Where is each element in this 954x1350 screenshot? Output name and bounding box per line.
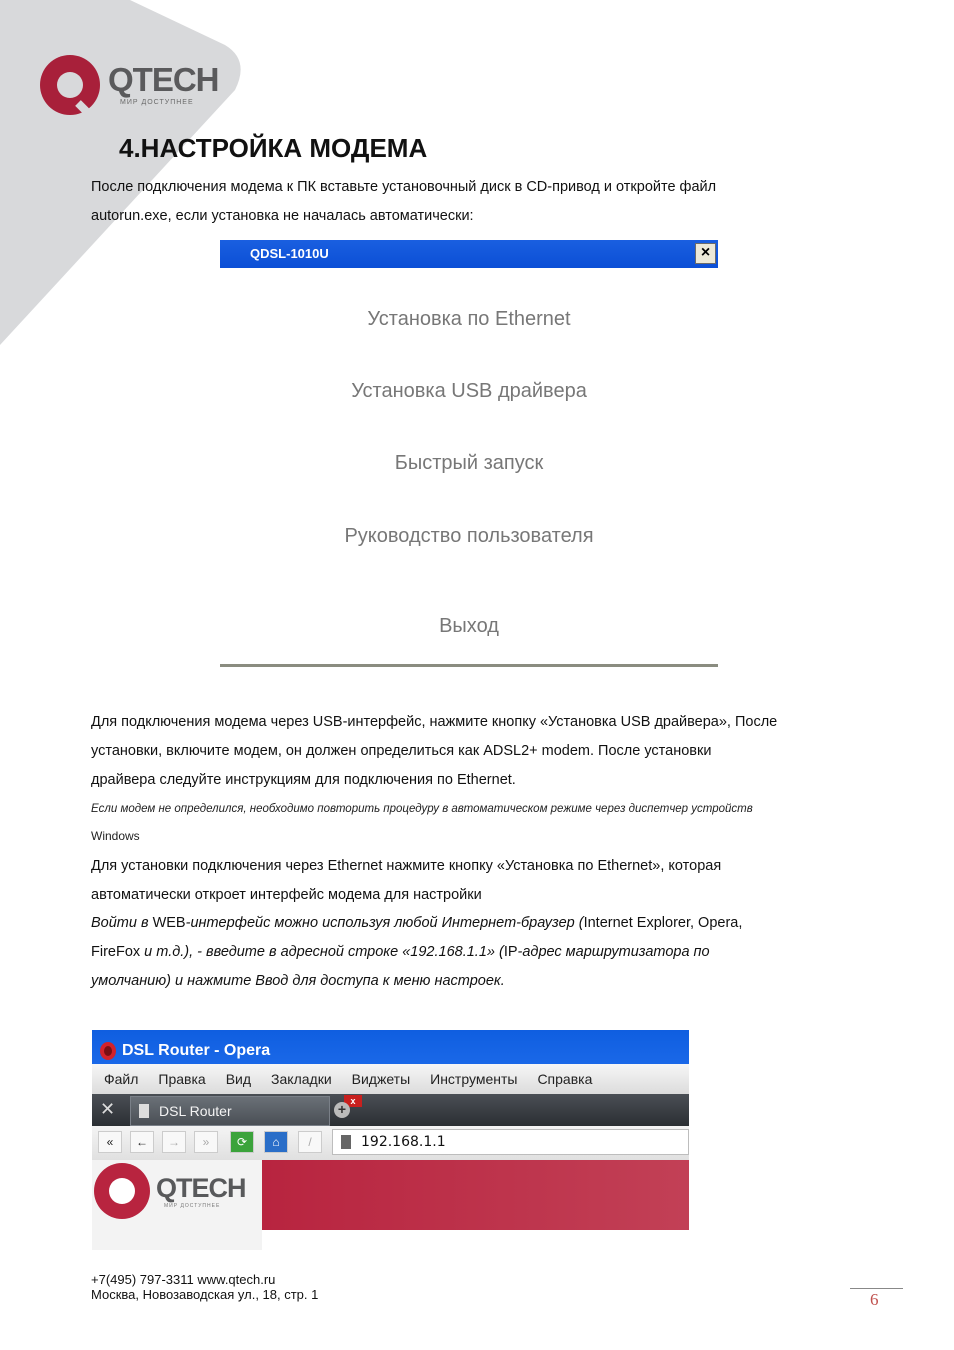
- tab-dsl-router[interactable]: DSL Router x: [130, 1096, 330, 1126]
- browser-window-title: DSL Router - Opera: [122, 1042, 270, 1060]
- note-text-windows: Windows: [91, 829, 140, 843]
- footer-contacts: +7(495) 797-3311 www.qtech.ru Москва, Но…: [91, 1272, 318, 1302]
- close-icon[interactable]: ×: [695, 243, 716, 264]
- home-icon[interactable]: ⌂: [264, 1131, 288, 1153]
- menu-quick-start[interactable]: Быстрый запуск: [220, 452, 718, 475]
- intro-paragraph: После подключения модема к ПК вставьте у…: [91, 173, 851, 231]
- logo-q-icon: [40, 55, 100, 115]
- new-tab-icon[interactable]: +: [334, 1102, 350, 1118]
- opera-icon: [100, 1042, 116, 1060]
- browser-navbar: « ← → » ⟳ ⌂ / 192.168.1.1: [92, 1126, 689, 1160]
- ethernet-paragraph: Для установки подключения через Ethernet…: [91, 852, 851, 910]
- browser-page-content: QTECH МИР ДОСТУПНЕЕ: [92, 1160, 689, 1250]
- footer-phone-web: +7(495) 797-3311 www.qtech.ru: [91, 1272, 318, 1287]
- reload-icon[interactable]: ⟳: [230, 1131, 254, 1153]
- menu-install-usb-driver[interactable]: Установка USB драйвера: [220, 380, 718, 403]
- tools-icon[interactable]: ✕: [100, 1099, 115, 1120]
- browser-menubar: Файл Правка Вид Закладки Виджеты Инструм…: [92, 1064, 689, 1094]
- menu-edit[interactable]: Правка: [158, 1071, 205, 1094]
- fast-forward-icon[interactable]: »: [194, 1131, 218, 1153]
- address-bar[interactable]: 192.168.1.1: [332, 1129, 689, 1155]
- browser-screenshot: DSL Router - Opera Файл Правка Вид Закла…: [92, 1030, 689, 1250]
- menu-bookmarks[interactable]: Закладки: [271, 1071, 332, 1094]
- page-number: 6: [870, 1290, 879, 1310]
- browser-titlebar: DSL Router - Opera: [92, 1030, 689, 1064]
- menu-exit[interactable]: Выход: [220, 615, 718, 638]
- logo-brand: QTECH: [108, 61, 219, 99]
- page-number-rule: [850, 1288, 903, 1289]
- menu-view[interactable]: Вид: [226, 1071, 251, 1094]
- dialog-title: QDSL-1010U: [250, 246, 329, 261]
- menu-install-ethernet[interactable]: Установка по Ethernet: [220, 308, 718, 331]
- back-icon[interactable]: ←: [130, 1131, 154, 1153]
- page-logo-area: QTECH МИР ДОСТУПНЕЕ: [92, 1160, 262, 1250]
- section-title: 4.НАСТРОЙКА МОДЕМА: [119, 133, 427, 164]
- edit-icon[interactable]: /: [298, 1131, 322, 1153]
- page-icon: [341, 1135, 351, 1149]
- usb-paragraph: Для подключения модема через USB-интерфе…: [91, 708, 871, 795]
- dialog-divider: [220, 664, 718, 667]
- document-icon: [139, 1104, 149, 1118]
- rewind-icon[interactable]: «: [98, 1131, 122, 1153]
- page-logo-q-icon: [94, 1163, 150, 1219]
- page-banner: [262, 1160, 689, 1230]
- forward-icon[interactable]: →: [162, 1131, 186, 1153]
- footer-address: Москва, Новозаводская ул., 18, стр. 1: [91, 1287, 318, 1302]
- menu-widgets[interactable]: Виджеты: [352, 1071, 411, 1094]
- menu-help[interactable]: Справка: [537, 1071, 592, 1094]
- logo-tagline: МИР ДОСТУПНЕЕ: [120, 99, 194, 106]
- qtech-logo: QTECH МИР ДОСТУПНЕЕ: [40, 55, 240, 119]
- menu-user-guide[interactable]: Руководство пользователя: [220, 525, 718, 548]
- menu-tools[interactable]: Инструменты: [430, 1071, 517, 1094]
- note-text: Если модем не определился, необходимо по…: [91, 800, 851, 818]
- dialog-titlebar: QDSL-1010U ×: [220, 240, 718, 268]
- installer-dialog: QDSL-1010U × Установка по Ethernet Устан…: [220, 240, 718, 670]
- browser-tabbar: ✕ DSL Router x +: [92, 1094, 689, 1126]
- web-interface-paragraph: Войти в WEB-интерфейс можно используя лю…: [91, 909, 851, 996]
- menu-file[interactable]: Файл: [104, 1071, 138, 1094]
